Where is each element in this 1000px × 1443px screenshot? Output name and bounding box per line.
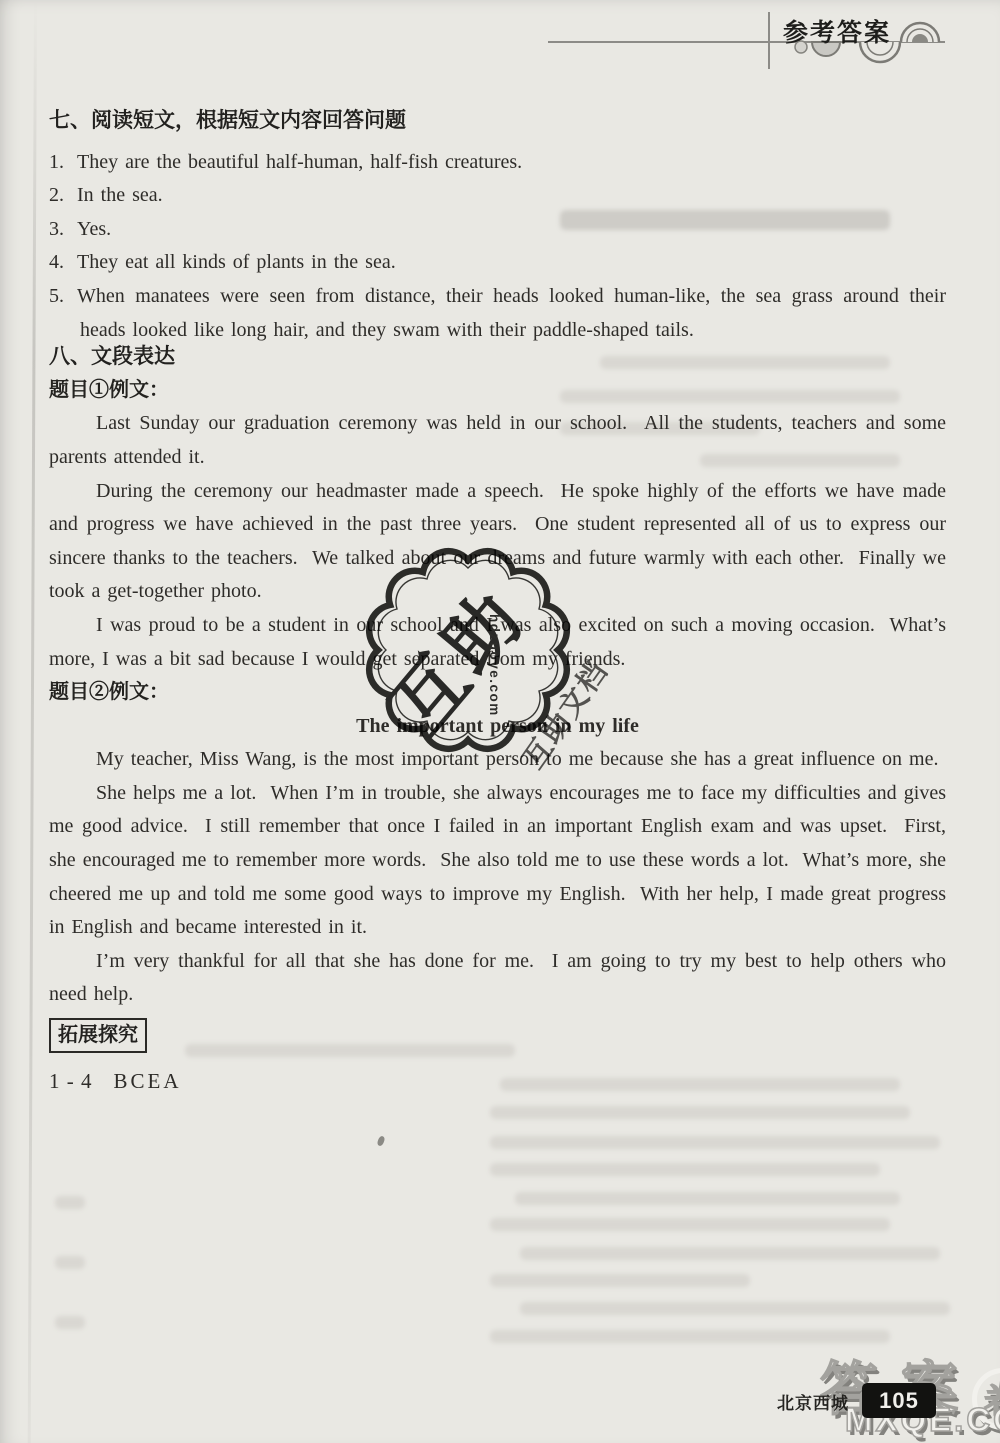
page-title: 参考答案	[783, 13, 891, 49]
essay2-paragraph: She helps me a lot. When I’m in trouble,…	[49, 777, 946, 945]
answer-number: 2.	[49, 184, 64, 206]
answer-text: They eat all kinds of plants in the sea.	[77, 251, 396, 273]
bleed-through-smudge	[55, 1316, 85, 1329]
topic1-label: 题目①例文：	[49, 374, 946, 408]
ink-speck	[376, 1135, 385, 1147]
bleed-through-smudge	[520, 1247, 940, 1260]
answer-letters: BCEA	[114, 1069, 182, 1093]
bleed-through-smudge	[490, 1136, 940, 1149]
edition-label: 北京西城	[777, 1389, 849, 1414]
scanned-answer-page: 参考答案 七、阅读短文，根据短文内容回答问题 1.They are the be…	[0, 0, 1000, 1443]
answer-text: When manatees were seen from distance, t…	[77, 285, 953, 341]
stamp-url-text: hdzuoye.com	[487, 614, 502, 717]
answer-text: They are the beautiful half-human, half-…	[77, 151, 522, 173]
essay2-paragraph: I’m very thankful for all that she has d…	[49, 945, 946, 1012]
answer-number: 4.	[49, 251, 64, 273]
bleed-through-smudge	[55, 1196, 85, 1209]
answer-range: 1 - 4	[49, 1069, 92, 1093]
answer-text: Yes.	[77, 218, 111, 240]
answer-text: In the sea.	[77, 184, 163, 206]
extension-heading-box: 拓展探究	[49, 1018, 147, 1053]
answer-number: 5.	[49, 285, 64, 307]
answer-item: 1.They are the beautiful half-human, hal…	[49, 146, 946, 180]
bleed-through-smudge	[490, 1218, 890, 1231]
answer-number: 1.	[49, 151, 64, 173]
reading-answer-list: 1.They are the beautiful half-human, hal…	[49, 146, 946, 348]
essay1-paragraph: Last Sunday our graduation ceremony was …	[49, 407, 946, 474]
bleed-through-smudge	[490, 1163, 880, 1176]
binding-crease	[28, 0, 37, 1443]
page-number-badge: 105	[862, 1383, 936, 1418]
answer-item: 4.They eat all kinds of plants in the se…	[49, 246, 946, 280]
header-vertical-rule	[768, 12, 770, 69]
answer-number: 3.	[49, 218, 64, 240]
answer-item: 2.In the sea.	[49, 179, 946, 213]
extension-heading: 拓展探究	[58, 1024, 138, 1046]
bleed-through-smudge	[55, 1256, 85, 1269]
answer-item: 5.When manatees were seen from distance,…	[49, 280, 946, 347]
bleed-through-smudge	[490, 1274, 750, 1287]
bleed-through-smudge	[520, 1302, 950, 1315]
section7-heading: 七、阅读短文，根据短文内容回答问题	[49, 104, 946, 138]
extension-answer: 1 - 4BCEA	[49, 1065, 946, 1099]
answer-item: 3.Yes.	[49, 213, 946, 247]
bleed-through-smudge	[490, 1106, 910, 1119]
bleed-through-smudge	[515, 1192, 900, 1205]
